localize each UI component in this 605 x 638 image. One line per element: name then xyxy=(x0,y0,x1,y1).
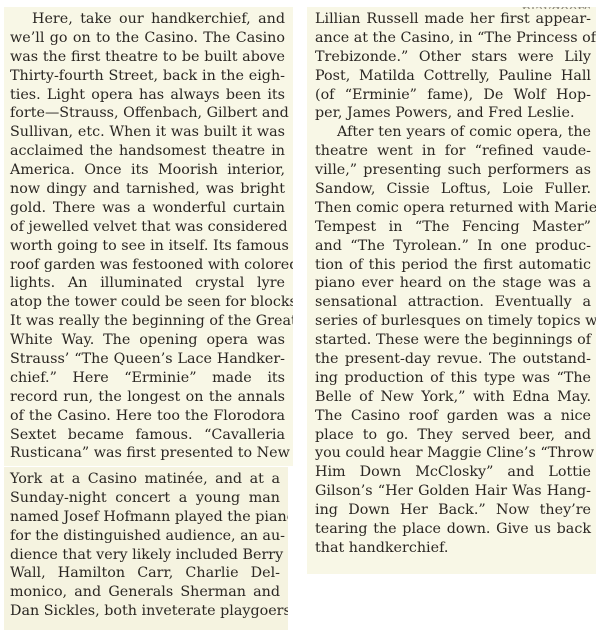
text-line: Thirty-fourth Street, back in the eigh- xyxy=(10,67,285,86)
text-panel-left-top: Here, take our handkerchief, andwe’ll go… xyxy=(4,7,293,466)
text-line: White Way. The opening opera was xyxy=(10,331,285,350)
text-line: (of “Erminie” fame), De Wolf Hop- xyxy=(315,86,591,105)
text-line: Strauss’ “The Queen’s Lace Handker- xyxy=(10,350,285,369)
text-line: Sunday-night concert a young man xyxy=(10,489,280,508)
text-line: ing Down Her Back.” Now they’re xyxy=(315,501,591,520)
text-line: that handkerchief. xyxy=(315,539,591,558)
text-line: of the Casino. Here too the Florodora xyxy=(10,407,285,426)
text-line: After ten years of comic opera, the xyxy=(315,123,591,142)
text-line: Sullivan, etc. When it was built it was xyxy=(10,123,285,142)
text-line: sensational attraction. Eventually a xyxy=(315,293,591,312)
text-line: acclaimed the handsomest theatre in xyxy=(10,142,285,161)
text-line: Tempest in “The Fencing Master” xyxy=(315,218,591,237)
text-line: Wall, Hamilton Carr, Charlie Del- xyxy=(10,564,280,583)
text-line: forte—Strauss, Offenbach, Gilbert and xyxy=(10,104,285,123)
text-line: place to go. They served beer, and xyxy=(315,426,591,445)
text-line: Belle of New York,” with Edna May. xyxy=(315,388,591,407)
text-line: started. These were the beginnings of xyxy=(315,331,591,350)
text-line: Here, take our handkerchief, and xyxy=(10,10,285,29)
text-line: was the first theatre to be built above xyxy=(10,48,285,67)
text-line: series of burlesques on timely topics wa… xyxy=(315,312,591,331)
text-line: of jewelled velvet that was considered xyxy=(10,218,285,237)
text-line: gold. There was a wonderful curtain xyxy=(10,199,285,218)
text-line: York at a Casino matinée, and at a xyxy=(10,470,280,489)
text-line: Then comic opera returned with Marie xyxy=(315,199,591,218)
text-panel-left-bottom: York at a Casino matinée, and at aSunday… xyxy=(4,467,288,630)
text-line: piano ever heard on the stage was a xyxy=(315,274,591,293)
text-line: Gilson’s “Her Golden Hair Was Hang- xyxy=(315,482,591,501)
text-line: America. Once its Moorish interior, xyxy=(10,161,285,180)
text-line: atop the tower could be seen for blocks. xyxy=(10,293,285,312)
text-line: Sandow, Cissie Loftus, Loie Fuller. xyxy=(315,180,591,199)
text-line: for the distinguished audience, an au- xyxy=(10,527,280,546)
text-line: the present-day revue. The outstand- xyxy=(315,350,591,369)
text-line: Sextet became famous. “Cavalleria xyxy=(10,426,285,445)
text-line: theatre went in for “refined vaude- xyxy=(315,142,591,161)
text-line: per, James Powers, and Fred Leslie. xyxy=(315,104,591,123)
text-line: monico, and Generals Sherman and xyxy=(10,583,280,602)
text-line: record run, the longest on the annals xyxy=(10,388,285,407)
text-line: we’ll go on to the Casino. The Casino xyxy=(10,29,285,48)
text-line: and “The Tyrolean.” In one produc- xyxy=(315,237,591,256)
text-line: you could hear Maggie Cline’s “Throw xyxy=(315,444,591,463)
cut-off-line-fragment: , playgoers xyxy=(315,7,591,9)
text-line: now dingy and tarnished, was bright xyxy=(10,180,285,199)
text-line: dience that very likely included Berry xyxy=(10,546,280,565)
text-line: Rusticana” was first presented to New xyxy=(10,444,285,463)
text-panel-right: , playgoers Lillian Russell made her fir… xyxy=(307,7,596,574)
text-line: named Josef Hofmann played the piano xyxy=(10,508,280,527)
text-line: It was really the beginning of the Great xyxy=(10,312,285,331)
text-line: Dan Sickles, both inveterate playgoers. xyxy=(10,602,280,621)
text-line: lights. An illuminated crystal lyre xyxy=(10,274,285,293)
text-line: Post, Matilda Cottrelly, Pauline Hall xyxy=(315,67,591,86)
text-line: worth going to see in itself. Its famous xyxy=(10,237,285,256)
text-line: ance at the Casino, in “The Princess of xyxy=(315,29,591,48)
text-line: ville,” presenting such performers as xyxy=(315,161,591,180)
text-line: Trebizonde.” Other stars were Lily xyxy=(315,48,591,67)
text-line: tearing the place down. Give us back xyxy=(315,520,591,539)
text-line: roof garden was festooned with colored xyxy=(10,256,285,275)
text-line: ties. Light opera has always been its xyxy=(10,86,285,105)
text-line: Lillian Russell made her first appear- xyxy=(315,10,591,29)
text-line: chief.” Here “Erminie” made its xyxy=(10,369,285,388)
text-line: ing production of this type was “The xyxy=(315,369,591,388)
text-line: Him Down McClosky” and Lottie xyxy=(315,463,591,482)
text-line: The Casino roof garden was a nice xyxy=(315,407,591,426)
text-line: tion of this period the first automatic xyxy=(315,256,591,275)
